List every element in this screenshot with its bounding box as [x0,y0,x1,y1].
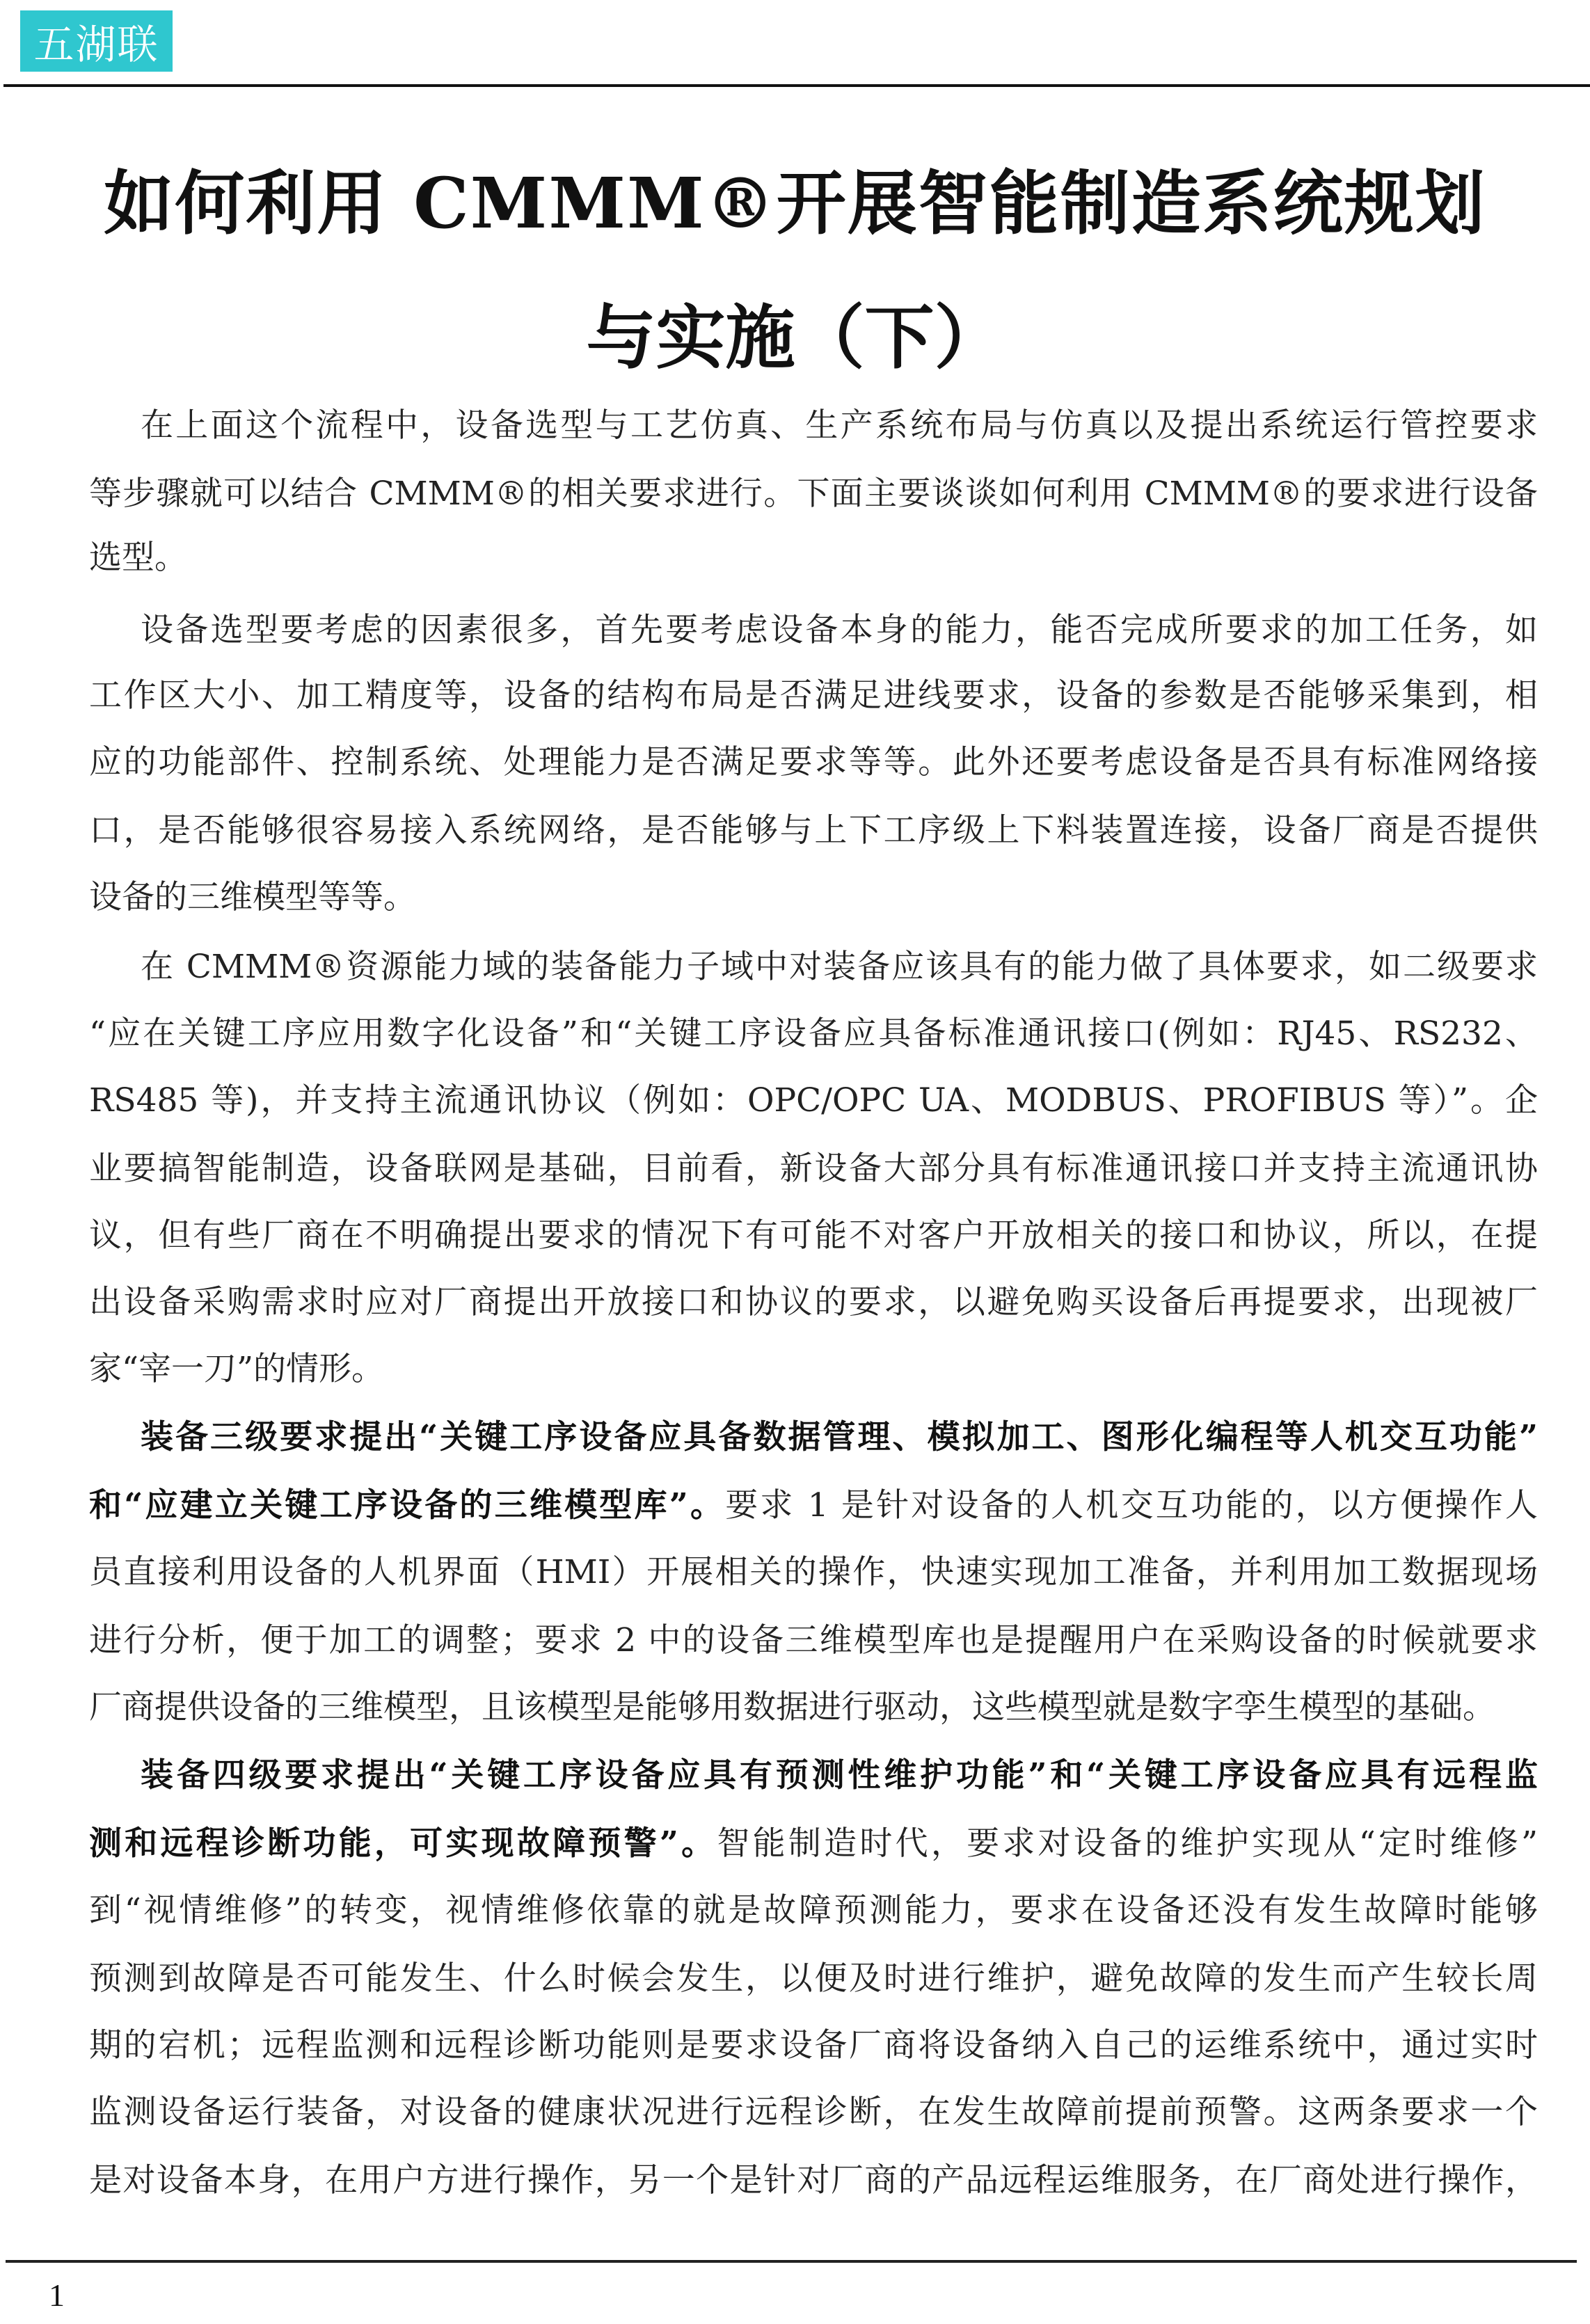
paragraph-3-line-4: 业要搞智能制造，设备联网是基础，目前看，新设备大部分具有标准通讯接口并支持主流通… [89,1148,1538,1190]
page-title-line-1: 如何利用 CMMM®开展智能制造系统规划 [0,148,1590,248]
paragraph-2-line-4: 口，是否能够很容易接入系统网络，是否能够与上下工序级上下料装置连接，设备厂商是否… [89,810,1538,852]
paragraph-5-bold-lead-2: 测和远程诊断功能，可实现故障预警”。 [89,1824,717,1863]
paragraph-2-line-5: 设备的三维模型等等。 [89,877,1538,918]
paragraph-5-line-2-rest: 智能制造时代，要求对设备的维护实现从“定时维修” [717,1824,1538,1863]
header-divider [3,84,1590,87]
paragraph-3-line-6: 出设备采购需求时应对厂商提出开放接口和协议的要求，以避免购买设备后再提要求，出现… [89,1282,1538,1323]
paragraph-3-line-3: RS485 等)，并支持主流通讯协议（例如：OPC/OPC UA、MODBUS、… [89,1080,1538,1122]
paragraph-2-line-1: 设备选型要考虑的因素很多，首先要考虑设备本身的能力，能否完成所要求的加工任务，如 [141,610,1538,651]
paragraph-5-line-7: 是对设备本身，在用户方进行操作，另一个是针对厂商的产品远程运维服务，在厂商处进行… [89,2160,1538,2202]
paragraph-4-bold-line-1: 装备三级要求提出“关键工序设备应具备数据管理、模拟加工、图形化编程等人机交互功能… [141,1417,1538,1458]
paragraph-4-line-5: 厂商提供设备的三维模型，且该模型是能够用数据进行驱动，这些模型就是数字孪生模型的… [89,1687,1538,1728]
paragraph-4-line-3: 员直接利用设备的人机界面（HMI）开展相关的操作，快速实现加工准备，并利用加工数… [89,1552,1538,1593]
logo-text: 五湖联 [33,12,159,70]
paragraph-5-line-3: 到“视情维修”的转变，视情维修依靠的就是故障预测能力，要求在设备还没有发生故障时… [89,1890,1538,1932]
paragraph-5-bold-line-1: 装备四级要求提出“关键工序设备应具有预测性维护功能”和“关键工序设备应具有远程监 [141,1755,1538,1797]
paragraph-3-line-1: 在 CMMM®资源能力域的装备能力子域中对装备应该具有的能力做了具体要求，如二级… [141,946,1538,988]
paragraph-4-line-4: 进行分析，便于加工的调整；要求 2 中的设备三维模型库也是提醒用户在采购设备的时… [89,1620,1538,1662]
paragraph-2-line-3: 应的功能部件、控制系统、处理能力是否满足要求等等。此外还要考虑设备是否具有标准网… [89,742,1538,783]
paragraph-3-line-7: 家“宰一刀”的情形。 [89,1348,1538,1390]
page-title-line-2: 与实施（下） [0,282,1590,382]
footer-divider [6,2260,1577,2263]
paragraph-1-line-1: 在上面这个流程中，设备选型与工艺仿真、生产系统布局与仿真以及提出系统运行管控要求 [141,405,1538,447]
paragraph-4-line-2-rest: 要求 1 是针对设备的人机交互功能的，以方便操作人 [725,1486,1538,1525]
paragraph-1-line-3: 选型。 [89,537,1538,579]
paragraph-5-line-5: 期的宕机；远程监测和远程诊断功能则是要求设备厂商将设备纳入自己的运维系统中，通过… [89,2025,1538,2067]
brand-logo: 五湖联 [20,10,173,72]
paragraph-2-line-2: 工作区大小、加工精度等，设备的结构布局是否满足进线要求，设备的参数是否能够采集到… [89,675,1538,717]
paragraph-3-line-5: 议，但有些厂商在不明确提出要求的情况下有可能不对客户开放相关的接口和协议，所以，… [89,1215,1538,1257]
paragraph-1-line-2: 等步骤就可以结合 CMMM®的相关要求进行。下面主要谈谈如何利用 CMMM®的要… [89,473,1538,515]
paragraph-5-line-2: 测和远程诊断功能，可实现故障预警”。智能制造时代，要求对设备的维护实现从“定时维… [89,1823,1538,1865]
paragraph-4-bold-lead-2: 和“应建立关键工序设备的三维模型库”。 [89,1486,725,1525]
paragraph-5-line-6: 监测设备运行装备，对设备的健康状况进行远程诊断，在发生故障前提前预警。这两条要求… [89,2092,1538,2133]
paragraph-5-line-4: 预测到故障是否可能发生、什么时候会发生，以便及时进行维护，避免故障的发生而产生较… [89,1958,1538,2000]
paragraph-3-line-2: “应在关键工序应用数字化设备”和“关键工序设备应具备标准通讯接口(例如：RJ45… [89,1013,1538,1055]
paragraph-4-line-2: 和“应建立关键工序设备的三维模型库”。要求 1 是针对设备的人机交互功能的，以方… [89,1485,1538,1527]
page-number: 1 [49,2277,65,2314]
